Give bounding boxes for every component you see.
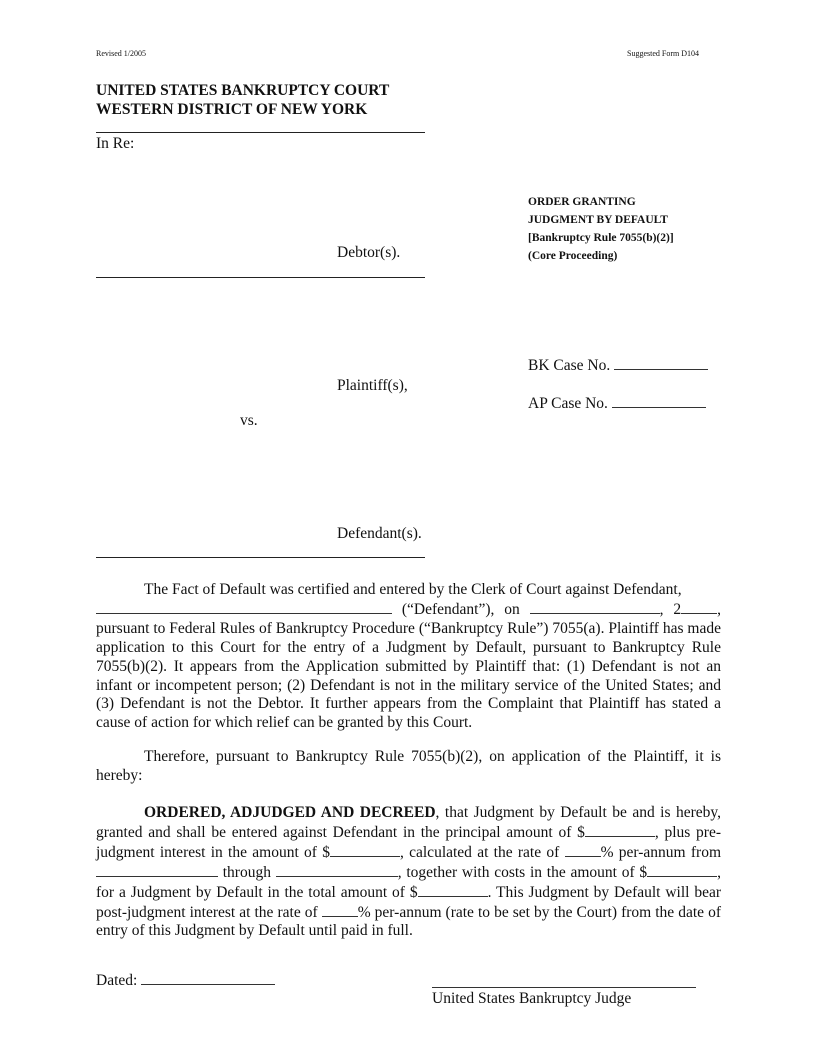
prejudgment-rate-field[interactable] xyxy=(565,843,601,857)
order-title-line3: [Bankruptcy Rule 7055(b)(2)] xyxy=(528,229,674,247)
bk-case-field[interactable] xyxy=(614,356,708,370)
court-name-line1: UNITED STATES BANKRUPTCY COURT xyxy=(96,81,389,100)
bk-case-row: BK Case No. xyxy=(528,356,708,375)
judge-label: United States Bankruptcy Judge xyxy=(432,990,631,1008)
findings-line1: The Fact of Default was certified and en… xyxy=(96,581,721,600)
dated-label: Dated: xyxy=(96,972,137,989)
principal-amount-field[interactable] xyxy=(585,823,655,837)
ap-case-field[interactable] xyxy=(612,394,706,408)
caption-divider-debtor xyxy=(96,277,425,278)
dated-field[interactable] xyxy=(141,971,275,985)
total-amount-field[interactable] xyxy=(418,883,488,897)
judge-signature-line[interactable] xyxy=(432,987,696,988)
ordered-lead: ORDERED, ADJUDGED AND DECREED xyxy=(144,804,436,821)
interest-from-date-field[interactable] xyxy=(96,863,218,877)
debtor-label: Debtor(s). xyxy=(337,244,400,262)
postjudgment-rate-field[interactable] xyxy=(322,903,358,917)
findings-paragraph: The Fact of Default was certified and en… xyxy=(96,581,721,733)
order-title-line2: JUDGMENT BY DEFAULT xyxy=(528,211,674,229)
revision-note: Revised 1/2005 xyxy=(96,49,146,58)
defendant-name-field[interactable] xyxy=(96,600,392,614)
ap-case-row: AP Case No. xyxy=(528,394,706,413)
in-re-label: In Re: xyxy=(96,135,134,153)
order-title-line1: ORDER GRANTING xyxy=(528,193,674,211)
findings-line2: (“Defendant”), on , 2, xyxy=(96,600,721,620)
caption-divider-defendant xyxy=(96,557,425,558)
ordered-paragraph: ORDERED, ADJUDGED AND DECREED, that Judg… xyxy=(96,804,721,941)
bk-case-label: BK Case No. xyxy=(528,357,610,374)
default-year-field[interactable] xyxy=(681,600,717,614)
therefore-paragraph: Therefore, pursuant to Bankruptcy Rule 7… xyxy=(96,748,721,786)
interest-through-date-field[interactable] xyxy=(276,863,398,877)
caption-divider-top xyxy=(96,132,425,133)
dated-row: Dated: xyxy=(96,971,275,990)
order-title-block: ORDER GRANTING JUDGMENT BY DEFAULT [Bank… xyxy=(528,193,674,265)
prejudgment-interest-field[interactable] xyxy=(330,843,400,857)
plaintiff-label: Plaintiff(s), xyxy=(337,377,408,395)
court-name-line2: WESTERN DISTRICT OF NEW YORK xyxy=(96,100,389,119)
vs-label: vs. xyxy=(240,412,258,430)
costs-amount-field[interactable] xyxy=(647,863,717,877)
findings-rest: pursuant to Federal Rules of Bankruptcy … xyxy=(96,620,721,733)
default-date-field[interactable] xyxy=(530,600,660,614)
court-name: UNITED STATES BANKRUPTCY COURT WESTERN D… xyxy=(96,81,389,119)
form-id: Suggested Form D104 xyxy=(627,49,699,58)
defendant-label: Defendant(s). xyxy=(337,525,422,543)
order-title-line4: (Core Proceeding) xyxy=(528,247,674,265)
ap-case-label: AP Case No. xyxy=(528,395,608,412)
